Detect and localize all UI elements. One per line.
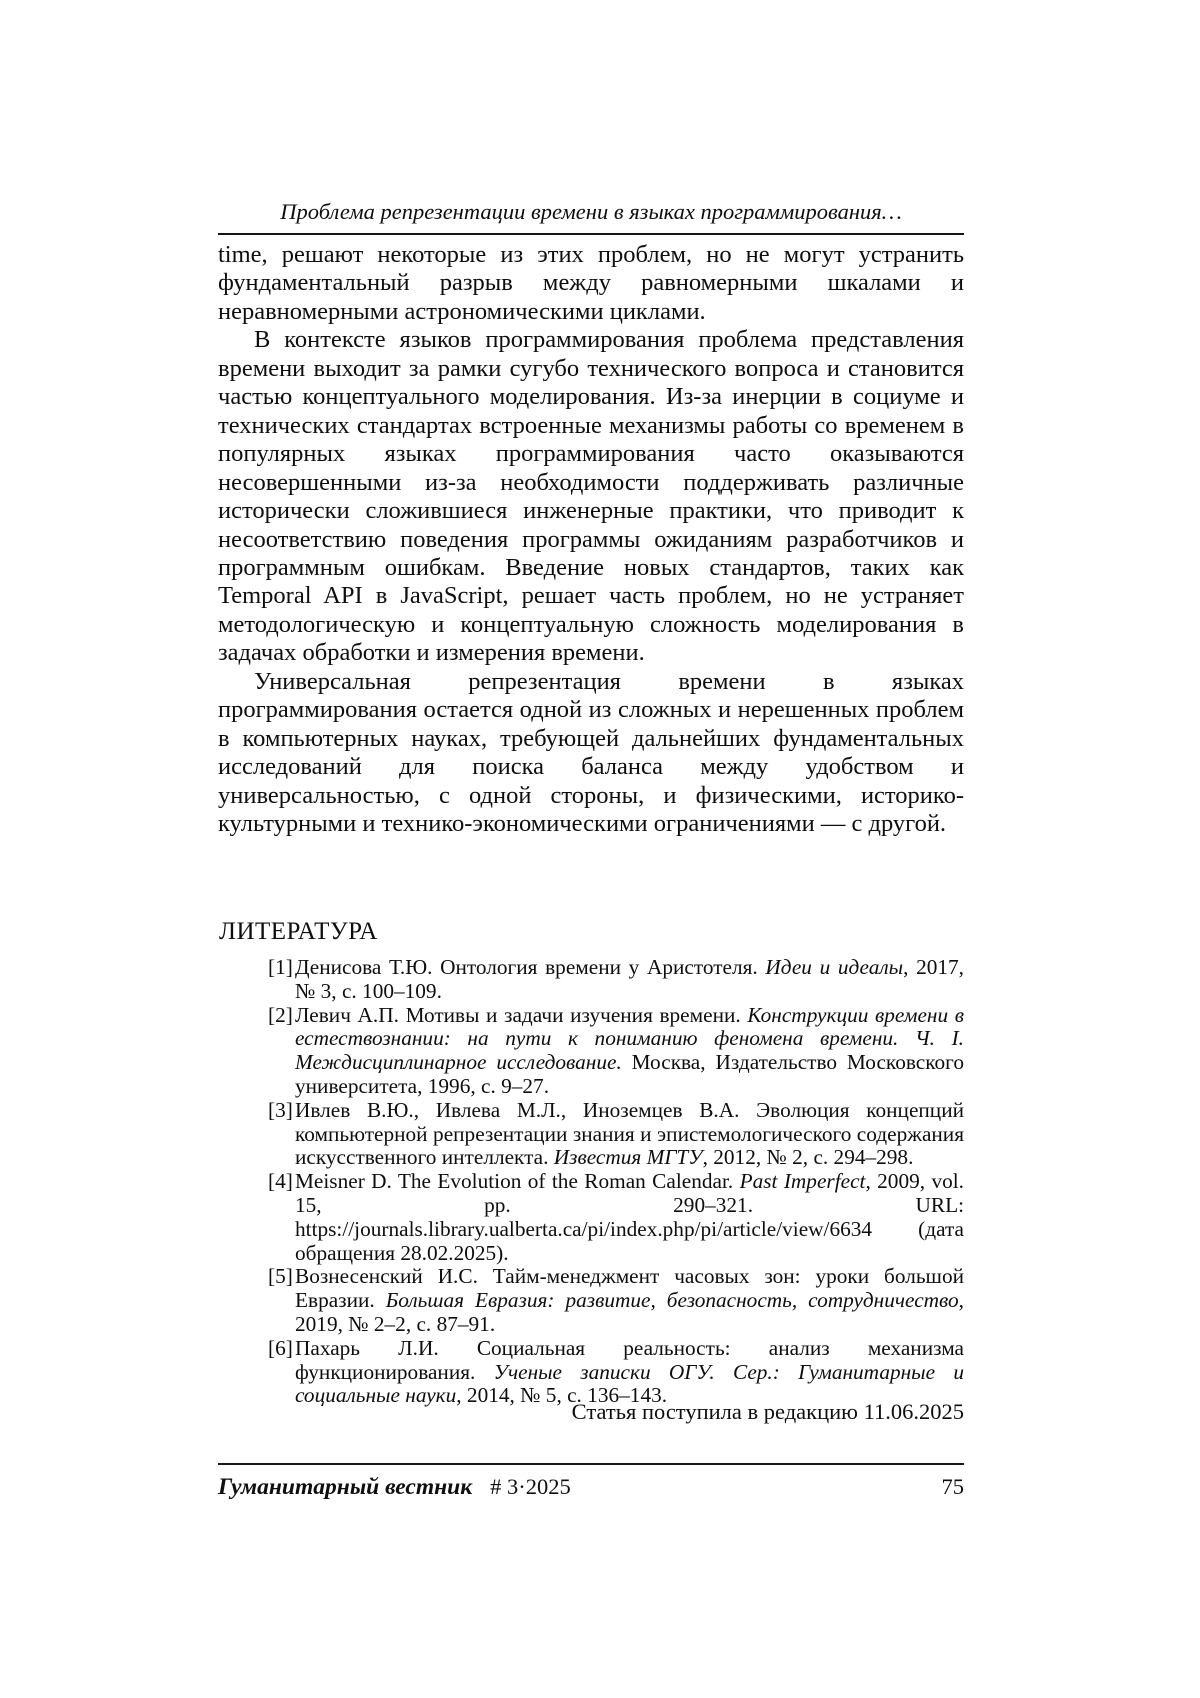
- reference-item: [4] Meisner D. The Evolution of the Roma…: [218, 1170, 964, 1265]
- running-head: Проблема репрезентации времени в языках …: [218, 199, 964, 235]
- page-number: 75: [942, 1474, 965, 1500]
- issue-number: # 3·2025: [490, 1474, 571, 1500]
- reference-label: [1]: [268, 956, 293, 980]
- paragraph: В контексте языков программирования проб…: [218, 326, 964, 667]
- reference-label: [2]: [268, 1004, 293, 1028]
- reference-text: Денисова Т.Ю. Онтология времени у Аристо…: [295, 955, 964, 1003]
- paragraph: time, решают некоторые из этих проблем, …: [218, 241, 964, 326]
- literature-heading: ЛИТЕРАТУРА: [219, 917, 378, 947]
- document-page: Проблема репрезентации времени в языках …: [0, 0, 1200, 1698]
- footer-left: Гуманитарный вестник # 3·2025: [218, 1474, 571, 1500]
- reference-item: [3] Ивлев В.Ю., Ивлева М.Л., Иноземцев В…: [218, 1099, 964, 1170]
- paragraph: Универсальная репрезентация времени в яз…: [218, 668, 964, 839]
- reference-text: Вознесенский И.С. Тайм-менеджмент часовы…: [295, 1264, 964, 1336]
- received-note: Статья поступила в редакцию 11.06.2025: [218, 1399, 964, 1425]
- reference-label: [6]: [268, 1337, 293, 1361]
- reference-text: Meisner D. The Evolution of the Roman Ca…: [295, 1169, 964, 1264]
- reference-item: [1] Денисова Т.Ю. Онтология времени у Ар…: [218, 956, 964, 1004]
- reference-text: Пахарь Л.И. Социальная реальность: анали…: [295, 1336, 964, 1408]
- reference-label: [3]: [268, 1099, 293, 1123]
- article-body: time, решают некоторые из этих проблем, …: [218, 241, 964, 839]
- journal-name: Гуманитарный вестник: [218, 1474, 472, 1500]
- reference-text: Левич А.П. Мотивы и задачи изучения врем…: [295, 1003, 964, 1098]
- reference-item: [2] Левич А.П. Мотивы и задачи изучения …: [218, 1004, 964, 1099]
- reference-item: [5] Вознесенский И.С. Тайм-менеджмент ча…: [218, 1265, 964, 1336]
- reference-label: [4]: [268, 1170, 293, 1194]
- reference-item: [6] Пахарь Л.И. Социальная реальность: а…: [218, 1337, 964, 1408]
- reference-label: [5]: [268, 1265, 293, 1289]
- page-footer: Гуманитарный вестник # 3·2025 75: [218, 1463, 964, 1500]
- reference-text: Ивлев В.Ю., Ивлева М.Л., Иноземцев В.А. …: [295, 1098, 964, 1170]
- reference-list: [1] Денисова Т.Ю. Онтология времени у Ар…: [218, 956, 964, 1408]
